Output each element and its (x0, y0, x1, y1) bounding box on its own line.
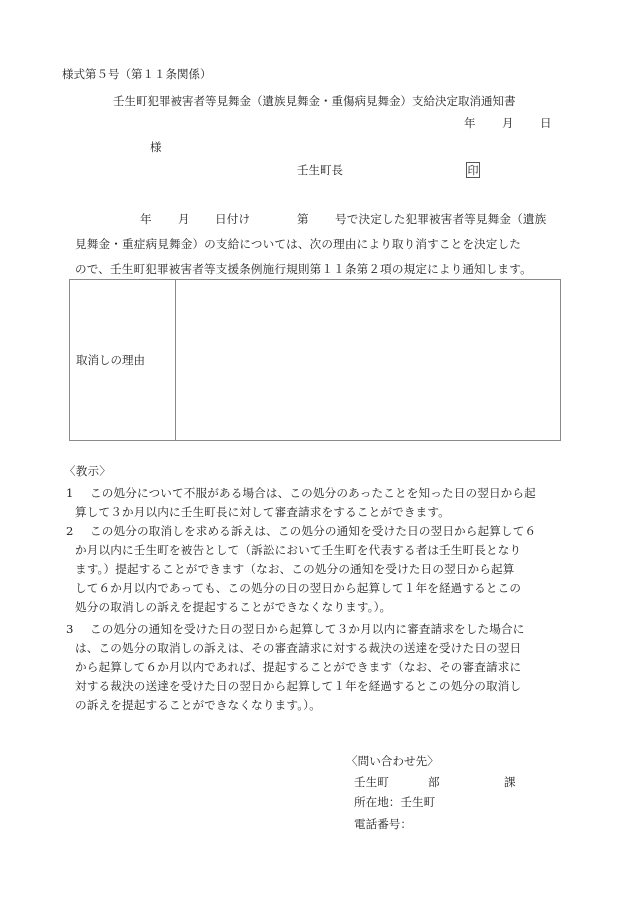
body-line-1-rest: 号で決定した犯罪被害者等見舞金（遺族 (335, 214, 546, 226)
reason-table: 取消しの理由 (69, 279, 561, 441)
body-year: 年 (140, 214, 152, 226)
instruction-line: から起算して６か月以内であれば、提起することができます（なお、その審査請求に (75, 662, 521, 674)
instruction-line: 算して３か月以内に壬生町長に対して審査請求をすることができます。 (75, 507, 450, 519)
contact-department-suffix: 部 (428, 777, 440, 789)
instruction-number: 3 (66, 624, 74, 636)
instruction-line: 処分の取消しの訴えを提起することができなくなります。）。 (75, 602, 391, 614)
reason-label-cell: 取消しの理由 (70, 280, 176, 440)
reason-value-cell[interactable] (176, 280, 560, 440)
date-year: 年 (464, 118, 476, 130)
body-line-2: 見舞金・重症病見舞金）の支給については、次の理由により取り消すことを決定した (75, 239, 521, 251)
contact-address: 所在地：壬生町 (354, 797, 435, 809)
contact-town: 壬生町 (354, 777, 389, 789)
instruction-line: この処分の通知を受けた日の翌日から起算して３か月以内に審査請求をした場合に (90, 624, 525, 636)
instruction-line: 対する裁決の送達を受けた日の翌日から起算して１年を経過するとこの処分の取消し (75, 681, 521, 693)
instruction-line: の訴えを提起することができなくなります。）。 (75, 700, 321, 712)
contact-heading: 〈問い合わせ先〉 (346, 756, 439, 768)
addressee-suffix: 様 (150, 142, 162, 154)
body-no-prefix: 第 (297, 214, 309, 226)
instruction-line: か月以内に壬生町を被告として（訴訟において壬生町を代表する者は壬生町長となり (75, 545, 521, 557)
body-line-3: ので、壬生町犯罪被害者等支援条例施行規則第１１条第２項の規定により通知します。 (75, 264, 532, 276)
instruction-number: 1 (66, 488, 74, 500)
document-title: 壬生町犯罪被害者等見舞金（遺族見舞金・重傷病見舞金）支給決定取消通知書 (113, 96, 516, 108)
instruction-line: この処分について不服がある場合は、この処分のあったことを知った日の翌日から起 (90, 488, 536, 500)
instructions-heading: 〈教示〉 (64, 466, 111, 478)
body-month: 月 (178, 214, 190, 226)
instruction-line: この処分の取消しを求める訴えは、この処分の通知を受けた日の翌日から起算して６ (90, 526, 536, 538)
issuer-name: 壬生町長 (297, 165, 343, 177)
contact-phone: 電話番号： (354, 819, 412, 831)
instruction-line: して６か月以内であっても、この処分の日の翌日から起算して１年を経過するとこの (75, 583, 521, 595)
seal-mark: 印 (466, 162, 480, 178)
date-month: 月 (502, 118, 514, 130)
instruction-number: 2 (66, 526, 74, 538)
reason-label: 取消しの理由 (76, 352, 145, 368)
contact-section-suffix: 課 (504, 777, 516, 789)
instruction-line: は、この処分の取消しの訴えは、その審査請求に対する裁決の送達を受けた日の翌日 (75, 643, 521, 655)
date-day: 日 (540, 118, 552, 130)
body-day-suffix: 日付け (215, 214, 250, 226)
instruction-line: ます。）提起することができます（なお、この処分の通知を受けた日の翌日から起算 (75, 564, 515, 576)
form-number: 様式第５号（第１１条関係） (62, 69, 212, 81)
